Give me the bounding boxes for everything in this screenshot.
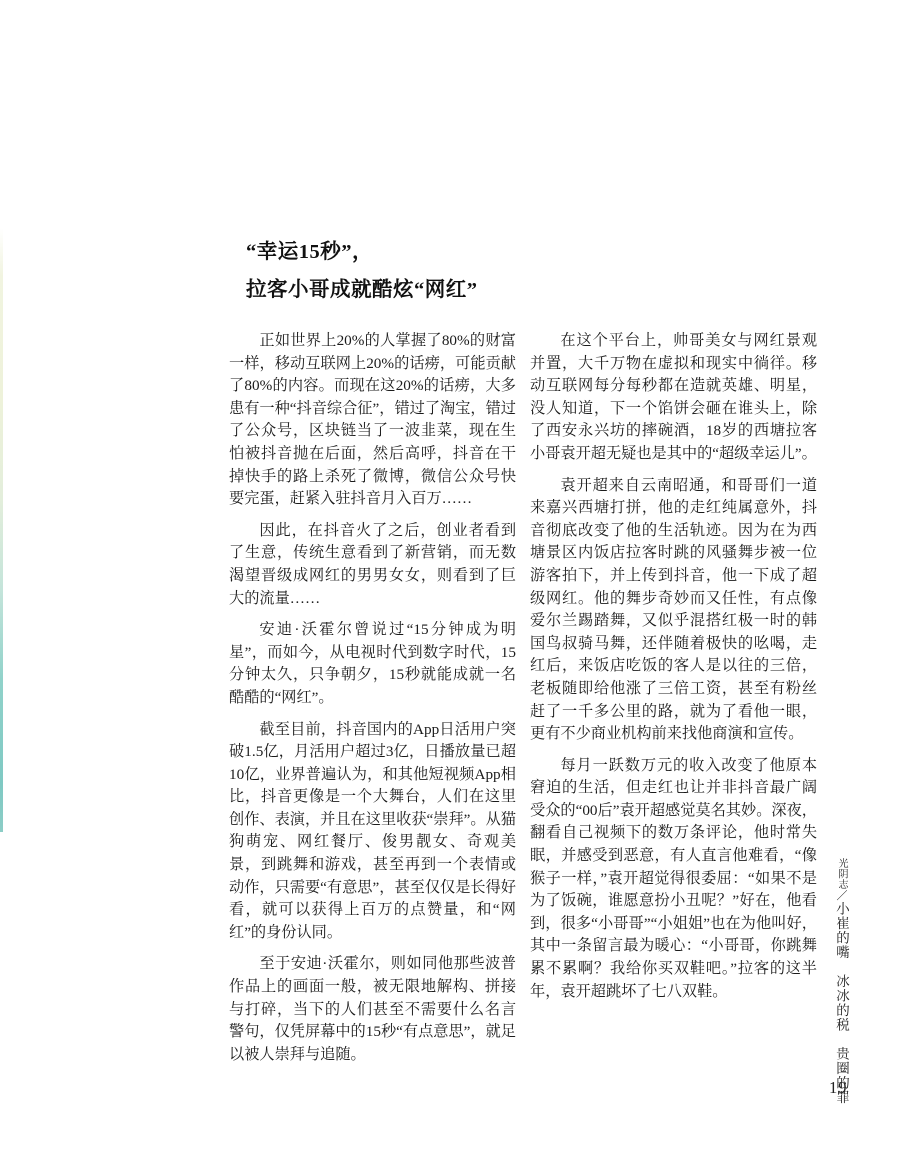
- paragraph: 每月一跃数万元的收入改变了他原本窘迫的生活，但走红也让并非抖音最广阔受众的“00…: [530, 755, 817, 1004]
- paragraph: 因此，在抖音火了之后，创业者看到了生意，传统生意看到了新营销，而无数渴望晋级成网…: [229, 520, 516, 610]
- article-title: “幸运15秒”， 拉客小哥成就酷炫“网红”: [246, 233, 478, 309]
- article-body: 正如世界上20%的人掌握了80%的财富一样，移动互联网上20%的话痨，可能贡献了…: [229, 330, 817, 1075]
- article-title-line-2: 拉客小哥成就酷炫“网红”: [246, 271, 478, 309]
- right-column: 在这个平台上，帅哥美女与网红景观并置，大千万物在虚拟和现实中徜徉。移动互联网每分…: [530, 330, 817, 1075]
- magazine-page: “幸运15秒”， 拉客小哥成就酷炫“网红” 正如世界上20%的人掌握了80%的财…: [0, 0, 899, 1150]
- article-title-line-1: “幸运15秒”，: [246, 233, 478, 271]
- paragraph: 至于安迪·沃霍尔，则如同他那些波普作品上的画面一般，被无限地解构、拼接与打碎，当…: [229, 953, 516, 1066]
- left-column: 正如世界上20%的人掌握了80%的财富一样，移动互联网上20%的话痨，可能贡献了…: [229, 330, 516, 1075]
- sidebar-running-head: 光阴志／小崔的嘴 冰冰的税 贵圈的罪: [830, 858, 852, 1108]
- paragraph: 袁开超来自云南昭通，和哥哥们一道来嘉兴西塘打拼，他的走红纯属意外，抖音彻底改变了…: [530, 475, 817, 746]
- paragraph: 截至目前，抖音国内的App日活用户突破1.5亿，月活用户超过3亿，日播放量已超1…: [229, 719, 516, 945]
- page-number: 19: [829, 1078, 848, 1098]
- slash-separator: ／: [835, 890, 847, 902]
- page-edge-color-stripe: [0, 228, 3, 832]
- issue-headline: 小崔的嘴 冰冰的税 贵圈的罪: [834, 902, 849, 1105]
- magazine-name-label: 光阴志: [836, 858, 847, 890]
- paragraph: 安迪·沃霍尔曾说过“15分钟成为明星”，而如今，从电视时代到数字时代，15分钟太…: [229, 619, 516, 709]
- paragraph: 在这个平台上，帅哥美女与网红景观并置，大千万物在虚拟和现实中徜徉。移动互联网每分…: [530, 330, 817, 466]
- paragraph: 正如世界上20%的人掌握了80%的财富一样，移动互联网上20%的话痨，可能贡献了…: [229, 330, 516, 511]
